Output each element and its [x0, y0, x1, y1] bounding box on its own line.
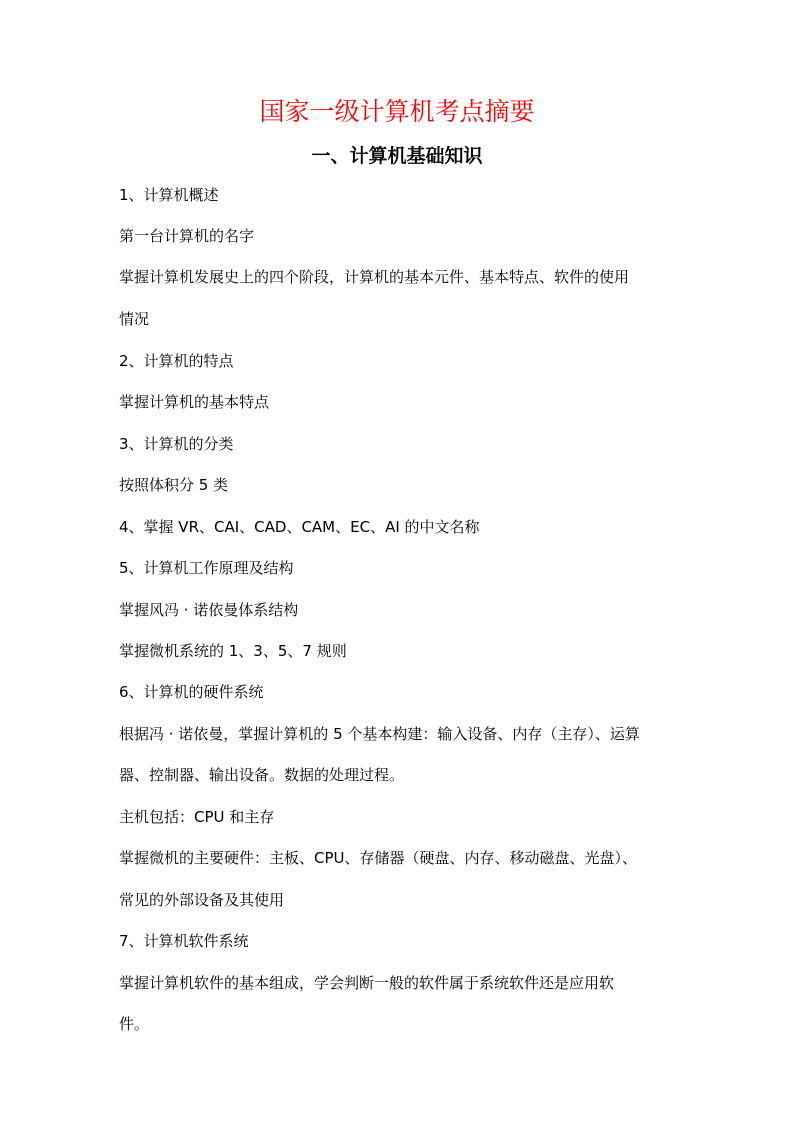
- text-line: 主机包括：CPU 和主存: [119, 805, 274, 829]
- text-line: 第一台计算机的名字: [119, 224, 254, 248]
- section-heading: 一、计算机基础知识: [0, 142, 794, 170]
- item-heading-acronyms: 4、掌握 VR、CAI、CAD、CAM、EC、AI 的中文名称: [119, 515, 480, 539]
- text-line: 情况: [119, 307, 149, 331]
- text-line: 掌握微机系统的 1、3、5、7 规则: [119, 639, 347, 663]
- text-line: 常见的外部设备及其使用: [119, 888, 284, 912]
- text-line: 掌握微机的主要硬件：主板、CPU、存储器（硬盘、内存、移动磁盘、光盘）、: [119, 846, 637, 870]
- item-heading-classification: 3、计算机的分类: [119, 432, 234, 456]
- text-line: 掌握风冯 · 诺依曼体系结构: [119, 598, 298, 622]
- item-heading-features: 2、计算机的特点: [119, 349, 234, 373]
- text-line: 根据冯 · 诺依曼，掌握计算机的 5 个基本构建：输入设备、内存（主存）、运算: [119, 722, 640, 746]
- text-line: 器、控制器、输出设备。数据的处理过程。: [119, 763, 404, 787]
- text-line: 掌握计算机发展史上的四个阶段，计算机的基本元件、基本特点、软件的使用: [119, 265, 629, 289]
- text-line: 掌握计算机的基本特点: [119, 390, 269, 414]
- text-line: 按照体积分 5 类: [119, 473, 228, 497]
- text-line: 件。: [119, 1012, 149, 1036]
- item-heading-software: 7、计算机软件系统: [119, 929, 249, 953]
- document-page: 国家一级计算机考点摘要 一、计算机基础知识 1、计算机概述 第一台计算机的名字 …: [0, 0, 794, 1123]
- item-heading-principles: 5、计算机工作原理及结构: [119, 556, 294, 580]
- item-heading-hardware: 6、计算机的硬件系统: [119, 680, 264, 704]
- document-title: 国家一级计算机考点摘要: [0, 95, 794, 129]
- text-line: 掌握计算机软件的基本组成，学会判断一般的软件属于系统软件还是应用软: [119, 971, 614, 995]
- item-heading-overview: 1、计算机概述: [119, 183, 219, 207]
